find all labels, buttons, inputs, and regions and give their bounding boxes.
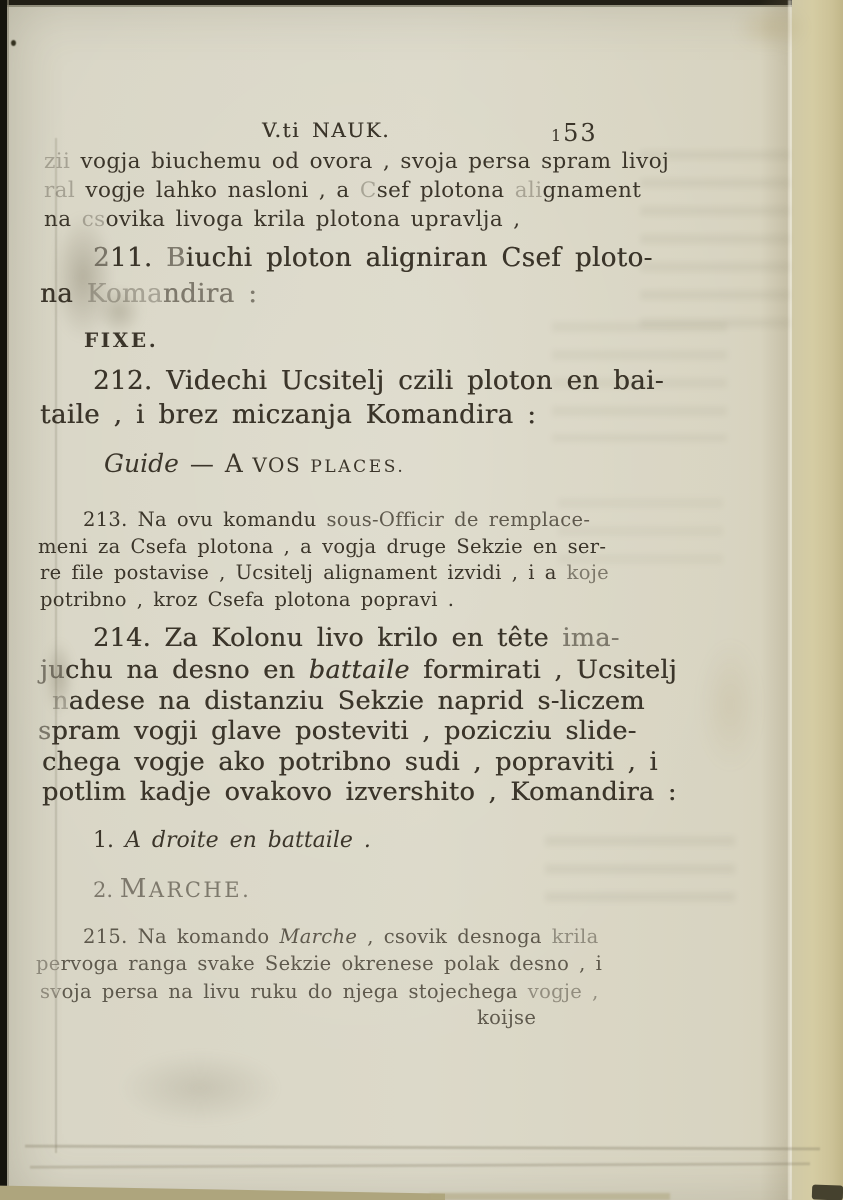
text-segment: rvoga ranga svake Sekzie okrenese polak … [61,952,603,975]
text-segment: iuchi ploton aligniran Csef ploto- [186,243,653,273]
text-segment: vogje lahko nasloni , a [85,178,359,203]
text-segment: gnament [542,178,641,203]
text-segment: Koma [87,279,163,309]
article-211-line-2: na Komandira : [40,279,257,309]
text-segment: cs [82,207,106,232]
article-213-line-3: re file postavise , Ucsitelj alignament … [40,561,609,584]
bottom-right-corner-mark [812,1184,843,1200]
intro-line-1: zii vogja biuchemu od ovora , svoja pers… [44,149,669,174]
text-segment: n [52,686,69,716]
running-header: V.ti NAUK. [262,118,390,142]
catchword: koijse [477,1006,536,1029]
text-segment: Marche [279,925,357,948]
text-segment: sous-Officir de remplace- [327,508,591,531]
text-segment: formirati , Ucsitelj [410,655,677,685]
text-segment: ju [40,655,65,685]
page-number: 153 [551,119,598,147]
intro-line-2: ral vogje lahko nasloni , a Csef plotona… [44,178,641,203]
book-page-scan: V.ti NAUK. 153 zii vogja biuchemu od ovo… [0,0,843,1200]
text-segment: vogje , [528,980,599,1003]
fixe-command-heading: FIXE. [84,328,158,352]
text-segment: MARCHE. [120,874,252,904]
text-segment: ovika livoga krila plotona upravlja , [106,207,521,232]
command-1: 1. A droite en battaile . [93,828,371,853]
text-segment: 214. Za Kolonu livo krilo en tête [93,623,562,653]
text-segment: re file postavise , Ucsitelj alignament … [40,561,567,584]
article-214-line-1: 214. Za Kolonu livo krilo en tête ima- [93,623,620,653]
text-segment: koje [567,561,609,584]
article-213-line-1: 213. Na ovu komandu sous-Officir de remp… [83,508,590,531]
text-segment: pram vogji glave posteviti , pozicziu sl… [51,716,636,746]
article-214-line-4: spram vogji glave posteviti , pozicziu s… [38,716,637,746]
text-segment: battaile [309,655,410,685]
scan-top-edge-shadow [0,5,843,7]
command-guide: Guide—A VOSPLACES. [104,449,405,478]
text-segment: oja persa na livu ruku do njega stojeche… [62,980,528,1003]
text-segment: A VOS [225,449,301,478]
text-segment: zii [44,149,81,174]
article-214-line-5: chega vogje ako potribno sudi , popravit… [42,747,658,777]
text-segment: Guide [104,449,179,478]
text-segment: 215. Na komando [83,925,279,948]
article-215-line-3: svoja persa na livu ruku do njega stojec… [40,980,599,1003]
text-segment: pe [36,952,61,975]
article-214-line-6: potlim kadje ovakovo izvershito , Komand… [42,777,677,807]
command-2: 2. MARCHE. [93,874,251,904]
adjacent-page-edge [792,0,843,1200]
text-segment: krila [552,925,599,948]
foxing-stain [700,640,760,770]
article-213-line-4: potribno , kroz Csefa plotona popravi . [40,588,454,611]
text-segment: 11. [110,243,166,273]
foxing-stain [735,4,807,50]
text-segment: ndira : [163,279,257,309]
text-segment: s [38,716,51,746]
text-segment: C [360,178,377,203]
article-215-line-1: 215. Na komando Marche , csovik desnoga … [83,925,599,948]
text-segment: A droite en battaile . [125,828,371,853]
text-segment: na [40,279,87,309]
article-214-line-3: nadese na distanziu Sekzie naprid s-licz… [52,686,645,716]
text-segment: B [166,243,186,273]
text-segment: vogja biuchemu od ovora , svoja persa sp… [81,149,670,174]
show-through-text [545,836,735,914]
article-214-line-2: juchu na desno en battaile formirati , U… [40,655,677,685]
show-through-text [640,150,790,330]
text-segment: sv [40,980,62,1003]
ink-speck [11,40,16,46]
text-segment: 2 [93,243,110,273]
article-215-line-2: pervoga ranga svake Sekzie okrenese pola… [36,952,602,975]
article-212-line-2: taile , i brez miczanja Komandira : [40,400,536,430]
article-213-line-2: meni za Csefa plotona , a vogja druge Se… [38,535,606,558]
text-segment: na [44,207,82,232]
text-segment: ral [44,178,85,203]
em-dash: — [190,450,214,478]
text-segment: 1. [93,828,125,853]
scan-left-edge [0,0,7,1200]
text-segment: ali [515,178,543,203]
text-segment: 213. Na ovu komandu [83,508,327,531]
text-segment: chu na desno en [65,655,309,685]
text-segment: 2. [93,878,120,902]
text-segment: ima- [562,623,619,653]
text-segment: PLACES. [310,457,405,477]
bottom-page-edge-soft [430,1193,670,1200]
article-212-line-1: 212. Videchi Ucsitelj czili ploton en ba… [93,366,664,396]
intro-line-3: na csovika livoga krila plotona upravlja… [44,207,521,232]
paper-stain [120,1052,280,1124]
scan-left-edge-highlight [7,0,9,1200]
text-segment: , csovik desnoga [357,925,552,948]
text-segment: adese na distanziu Sekzie naprid s-licze… [69,686,645,716]
article-211-line-1: 211. Biuchi ploton aligniran Csef ploto- [93,243,653,273]
text-segment: sef plotona [377,178,515,203]
